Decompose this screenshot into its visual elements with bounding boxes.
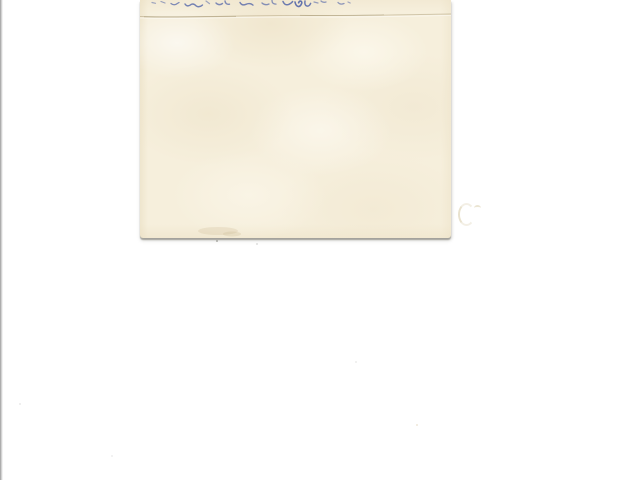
photo-paper-back [140,0,451,238]
paper-crease-line [140,14,451,18]
scanner-left-edge-shadow [0,0,3,480]
paper-surface-detail [140,0,451,238]
dust-speck [355,361,357,363]
dust-speck [216,240,218,242]
paper-smudge [198,227,241,237]
dust-speck [111,455,113,457]
dust-speck [416,424,418,426]
handwriting-ink-fragments [152,1,350,7]
dust-speck [256,243,258,245]
scan-artifact-circle-mark [458,203,475,226]
scan-artifact-dash-mark [474,205,481,211]
scanner-bed-background [0,0,640,480]
dust-speck [19,403,21,405]
